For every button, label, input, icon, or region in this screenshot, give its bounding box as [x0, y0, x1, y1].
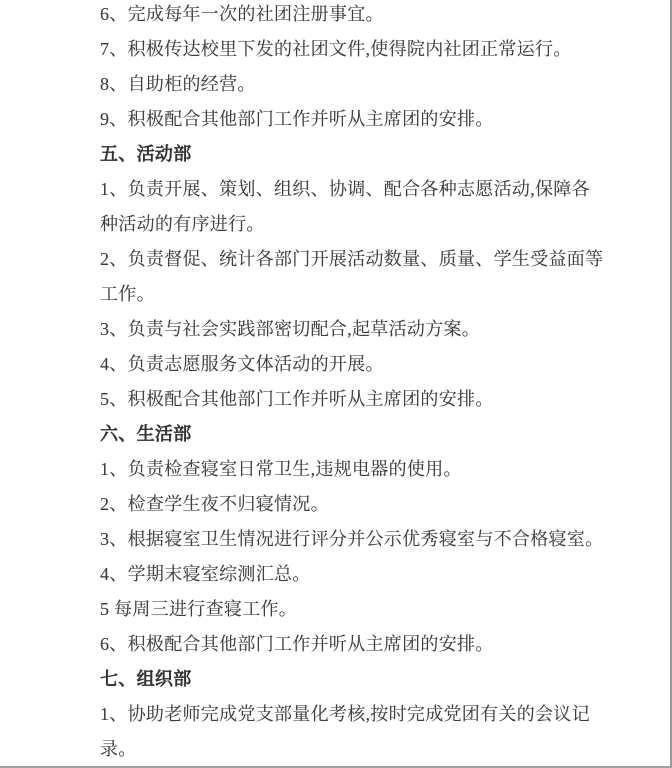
list-item-line: 6、积极配合其他部门工作并听从主席团的安排。 — [100, 627, 605, 662]
list-item-line: 8、自助柜的经营。 — [100, 67, 605, 102]
list-item-line: 1、负责开展、策划、组织、协调、配合各种志愿活动,保障各 — [100, 172, 605, 207]
document-text-block: 6、完成每年一次的社团注册事宜。 7、积极传达校里下发的社团文件,使得院内社团正… — [100, 0, 605, 767]
list-item-line: 4、负责志愿服务文体活动的开展。 — [100, 347, 605, 382]
list-item-line: 3、根据寝室卫生情况进行评分并公示优秀寝室与不合格寝室。 — [100, 522, 605, 557]
list-item-line: 1、负责检查寝室日常卫生,违规电器的使用。 — [100, 452, 605, 487]
list-item-line: 2、负责督促、统计各部门开展活动数量、质量、学生受益面等 — [100, 242, 605, 277]
section-heading: 七、组织部 — [100, 662, 605, 697]
list-item-line: 3、负责与社会实践部密切配合,起草活动方案。 — [100, 312, 605, 347]
list-item-line: 1、协助老师完成党支部量化考核,按时完成党团有关的会议记 — [100, 697, 605, 732]
list-item-line: 5、积极配合其他部门工作并听从主席团的安排。 — [100, 382, 605, 417]
list-item-line: 6、完成每年一次的社团注册事宜。 — [100, 0, 605, 32]
list-item-line: 4、学期末寝室综测汇总。 — [100, 557, 605, 592]
continuation-line: 种活动的有序进行。 — [100, 207, 605, 242]
list-item-line: 7、积极传达校里下发的社团文件,使得院内社团正常运行。 — [100, 32, 605, 67]
list-item-line: 9、积极配合其他部门工作并听从主席团的安排。 — [100, 102, 605, 137]
section-heading: 五、活动部 — [100, 137, 605, 172]
continuation-line: 录。 — [100, 732, 605, 767]
list-item-line: 5 每周三进行查寝工作。 — [100, 592, 605, 627]
continuation-line: 工作。 — [100, 277, 605, 312]
list-item-line: 2、检查学生夜不归寝情况。 — [100, 487, 605, 522]
document-page: 6、完成每年一次的社团注册事宜。 7、积极传达校里下发的社团文件,使得院内社团正… — [0, 0, 672, 768]
section-heading: 六、生活部 — [100, 417, 605, 452]
